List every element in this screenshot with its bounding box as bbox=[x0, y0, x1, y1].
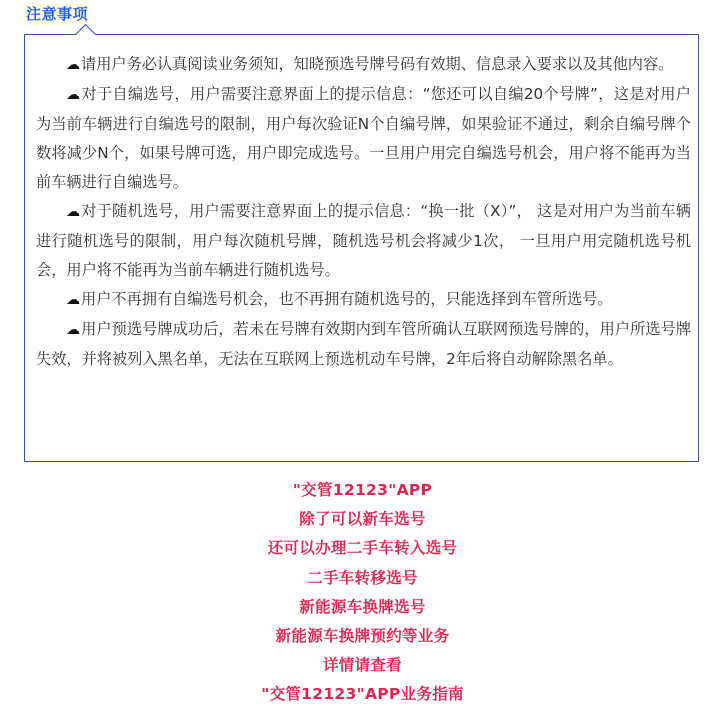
promo-block: "交管12123"APP 除了可以新车选号 还可以办理二手车转入选号 二手车转移… bbox=[0, 476, 725, 708]
promo-line: 详情请查看 bbox=[0, 651, 725, 680]
notice-paragraph: ☁请用户务必认真阅读业务须知，知晓预选号牌号码有效期、信息录入要求以及其他内容。 bbox=[36, 50, 691, 80]
promo-line: 二手车转移选号 bbox=[0, 564, 725, 593]
notice-body: ☁请用户务必认真阅读业务须知，知晓预选号牌号码有效期、信息录入要求以及其他内容。… bbox=[36, 50, 691, 374]
notice-paragraph: ☁对于随机选号，用户需要注意界面上的提示信息：“换一批（X）”， 这是对用户为当… bbox=[36, 197, 691, 285]
notice-box: ☁请用户务必认真阅读业务须知，知晓预选号牌号码有效期、信息录入要求以及其他内容。… bbox=[24, 34, 699, 462]
paragraph-text: 对于自编选号，用户需要注意界面上的提示信息：“您还可以自编20个号牌”，这是对用… bbox=[36, 85, 691, 191]
notice-paragraph: ☁用户不再拥有自编选号机会，也不再拥有随机选号的，只能选择到车管所选号。 bbox=[36, 285, 691, 315]
paragraph-text: 用户不再拥有自编选号机会，也不再拥有随机选号的，只能选择到车管所选号。 bbox=[81, 290, 613, 308]
paragraph-text: 对于随机选号，用户需要注意界面上的提示信息：“换一批（X）”， 这是对用户为当前… bbox=[36, 202, 691, 279]
notice-paragraph: ☁对于自编选号，用户需要注意界面上的提示信息：“您还可以自编20个号牌”，这是对… bbox=[36, 80, 691, 197]
paragraph-text: 用户预选号牌成功后，若未在号牌有效期内到车管所确认互联网预选号牌的，用户所选号牌… bbox=[36, 320, 691, 368]
cloud-bullet-icon: ☁ bbox=[66, 51, 81, 80]
paragraph-text: 请用户务必认真阅读业务须知，知晓预选号牌号码有效期、信息录入要求以及其他内容。 bbox=[81, 55, 673, 73]
cloud-bullet-icon: ☁ bbox=[66, 286, 81, 315]
notice-paragraph: ☁用户预选号牌成功后，若未在号牌有效期内到车管所确认互联网预选号牌的，用户所选号… bbox=[36, 315, 691, 374]
cloud-bullet-icon: ☁ bbox=[66, 198, 81, 227]
promo-line: 除了可以新车选号 bbox=[0, 505, 725, 534]
promo-line-guide: "交管12123"APP业务指南 bbox=[0, 680, 725, 708]
section-title: 注意事项 bbox=[24, 3, 90, 25]
cloud-bullet-icon: ☁ bbox=[66, 316, 81, 345]
promo-line-app: "交管12123"APP bbox=[0, 476, 725, 505]
cloud-bullet-icon: ☁ bbox=[66, 81, 81, 110]
promo-line: 新能源车换牌预约等业务 bbox=[0, 622, 725, 651]
callout-notch bbox=[75, 24, 96, 45]
promo-line: 还可以办理二手车转入选号 bbox=[0, 534, 725, 563]
promo-line: 新能源车换牌选号 bbox=[0, 593, 725, 622]
